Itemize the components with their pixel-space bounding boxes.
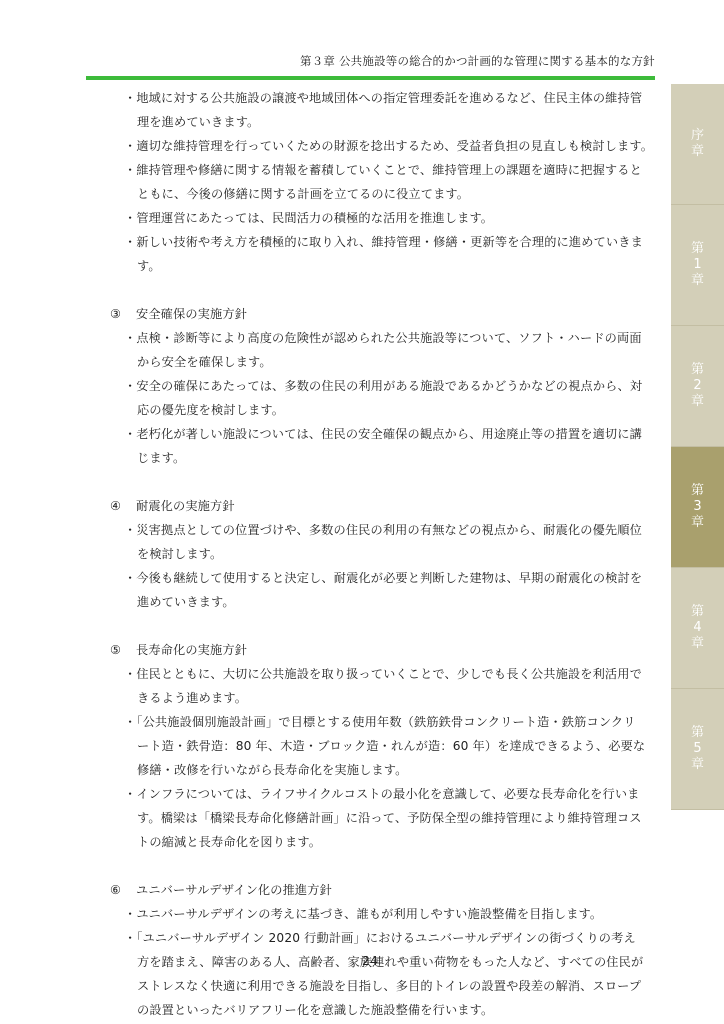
bullet-line: を検討します。	[110, 542, 660, 566]
bullet-line: ・インフラについては、ライフサイクルコストの最小化を意識して、必要な長寿命化を行…	[110, 782, 660, 806]
bullet-line: 進めていきます。	[110, 590, 660, 614]
bullet-line: トの縮減と長寿命化を図ります。	[110, 830, 660, 854]
bullet-line: ともに、今後の修繕に関する計画を立てるのに役立てます。	[110, 182, 660, 206]
bullet-line: ・管理運営にあたっては、民間活力の積極的な活用を推進します。	[110, 206, 660, 230]
bullet-item: ・適切な維持管理を行っていくための財源を捻出するため、受益者負担の見直しも検討し…	[110, 134, 660, 158]
section-longevity: ⑤長寿命化の実施方針 ・住民とともに、大切に公共施設を取り扱っていくことで、少し…	[110, 638, 660, 854]
tab-chapter-5[interactable]: 第5章	[671, 689, 724, 810]
bullet-line: ・新しい技術や考え方を積極的に取り入れ、維持管理・修繕・更新等を合理的に進めてい…	[110, 230, 660, 254]
spacer	[110, 614, 660, 638]
section-safety: ③安全確保の実施方針 ・点検・診断等により高度の危険性が認められた公共施設等につ…	[110, 302, 660, 470]
tab-label: 第4章	[690, 604, 706, 652]
bullet-line: す。橋梁は「橋梁長寿命化修繕計画」に沿って、予防保全型の維持管理により維持管理コ…	[110, 806, 660, 830]
chapter-tabs: 序章 第1章 第2章 第3章 第4章 第5章	[671, 84, 724, 810]
tab-label: 序章	[690, 128, 706, 160]
bullet-line: 応の優先度を検討します。	[110, 398, 660, 422]
bullet-line: ・ユニバーサルデザインの考えに基づき、誰もが利用しやすい施設整備を目指します。	[110, 902, 660, 926]
bullet-line: ・災害拠点としての位置づけや、多数の住民の利用の有無などの視点から、耐震化の優先…	[110, 518, 660, 542]
section-number: ③	[110, 302, 136, 326]
tab-chapter-3[interactable]: 第3章	[671, 447, 724, 568]
bullet-line: ストレスなく快適に利用できる施設を目指し、多目的トイレの設置や段差の解消、スロー…	[110, 974, 660, 998]
section-title: ユニバーサルデザイン化の推進方針	[136, 883, 332, 897]
tab-chapter-1[interactable]: 第1章	[671, 205, 724, 326]
section-number: ⑤	[110, 638, 136, 662]
bullet-item: ・地域に対する公共施設の譲渡や地域団体への指定管理委託を進めるなど、住民主体の維…	[110, 86, 660, 134]
tab-label: 第1章	[690, 241, 706, 289]
section-universal-design: ⑥ユニバーサルデザイン化の推進方針 ・ユニバーサルデザインの考えに基づき、誰もが…	[110, 878, 660, 1022]
section-heading: ⑤長寿命化の実施方針	[110, 638, 660, 662]
bullet-item: ・管理運営にあたっては、民間活力の積極的な活用を推進します。	[110, 206, 660, 230]
page-body: ・地域に対する公共施設の譲渡や地域団体への指定管理委託を進めるなど、住民主体の維…	[110, 86, 660, 1022]
bullet-line: す。	[110, 254, 660, 278]
section-number: ⑥	[110, 878, 136, 902]
section-number: ④	[110, 494, 136, 518]
running-header: 第３章 公共施設等の総合的かつ計画的な管理に関する基本的な方針	[300, 53, 652, 69]
bullet-line: ・「ユニバーサルデザイン 2020 行動計画」におけるユニバーサルデザインの街づ…	[110, 926, 660, 950]
bullet-item: ・維持管理や修繕に関する情報を蓄積していくことで、維持管理上の課題を適時に把握す…	[110, 158, 660, 206]
bullet-line: 理を進めていきます。	[110, 110, 660, 134]
spacer	[110, 278, 660, 302]
bullet-line: 修繕・改修を行いながら長寿命化を実施します。	[110, 758, 660, 782]
bullet-line: ・住民とともに、大切に公共施設を取り扱っていくことで、少しでも長く公共施設を利活…	[110, 662, 660, 686]
section-seismic: ④耐震化の実施方針 ・災害拠点としての位置づけや、多数の住民の利用の有無などの視…	[110, 494, 660, 614]
intro-bullet-list: ・地域に対する公共施設の譲渡や地域団体への指定管理委託を進めるなど、住民主体の維…	[110, 86, 660, 278]
bullet-line: きるよう進めます。	[110, 686, 660, 710]
bullet-line: ・適切な維持管理を行っていくための財源を捻出するため、受益者負担の見直しも検討し…	[110, 134, 660, 158]
bullet-line: から安全を確保します。	[110, 350, 660, 374]
spacer	[110, 470, 660, 494]
tab-label: 第3章	[690, 483, 706, 531]
bullet-line: じます。	[110, 446, 660, 470]
section-title: 安全確保の実施方針	[136, 307, 247, 321]
section-heading: ④耐震化の実施方針	[110, 494, 660, 518]
bullet-line: ・「公共施設個別施設計画」で目標とする使用年数（鉄筋鉄骨コンクリート造・鉄筋コン…	[110, 710, 660, 734]
bullet-line: ・維持管理や修繕に関する情報を蓄積していくことで、維持管理上の課題を適時に把握す…	[110, 158, 660, 182]
tab-prologue[interactable]: 序章	[671, 84, 724, 205]
page-number: 24	[350, 953, 390, 968]
spacer	[110, 854, 660, 878]
bullet-item: ・新しい技術や考え方を積極的に取り入れ、維持管理・修繕・更新等を合理的に進めてい…	[110, 230, 660, 278]
bullet-line: ート造・鉄骨造：80 年、木造・ブロック造・れんが造：60 年）を達成できるよう…	[110, 734, 660, 758]
section-heading: ⑥ユニバーサルデザイン化の推進方針	[110, 878, 660, 902]
bullet-line: ・点検・診断等により高度の危険性が認められた公共施設等について、ソフト・ハードの…	[110, 326, 660, 350]
header-rule	[86, 76, 655, 80]
section-title: 耐震化の実施方針	[136, 499, 235, 513]
tab-label: 第2章	[690, 362, 706, 410]
bullet-line: の設置といったバリアフリー化を意識した施設整備を行います。	[110, 998, 660, 1022]
section-heading: ③安全確保の実施方針	[110, 302, 660, 326]
bullet-line: ・地域に対する公共施設の譲渡や地域団体への指定管理委託を進めるなど、住民主体の維…	[110, 86, 660, 110]
bullet-line: ・今後も継続して使用すると決定し、耐震化が必要と判断した建物は、早期の耐震化の検…	[110, 566, 660, 590]
bullet-line: ・安全の確保にあたっては、多数の住民の利用がある施設であるかどうかなどの視点から…	[110, 374, 660, 398]
tab-chapter-4[interactable]: 第4章	[671, 568, 724, 689]
tab-chapter-2[interactable]: 第2章	[671, 326, 724, 447]
tab-label: 第5章	[690, 725, 706, 773]
section-title: 長寿命化の実施方針	[136, 643, 247, 657]
bullet-line: ・老朽化が著しい施設については、住民の安全確保の観点から、用途廃止等の措置を適切…	[110, 422, 660, 446]
